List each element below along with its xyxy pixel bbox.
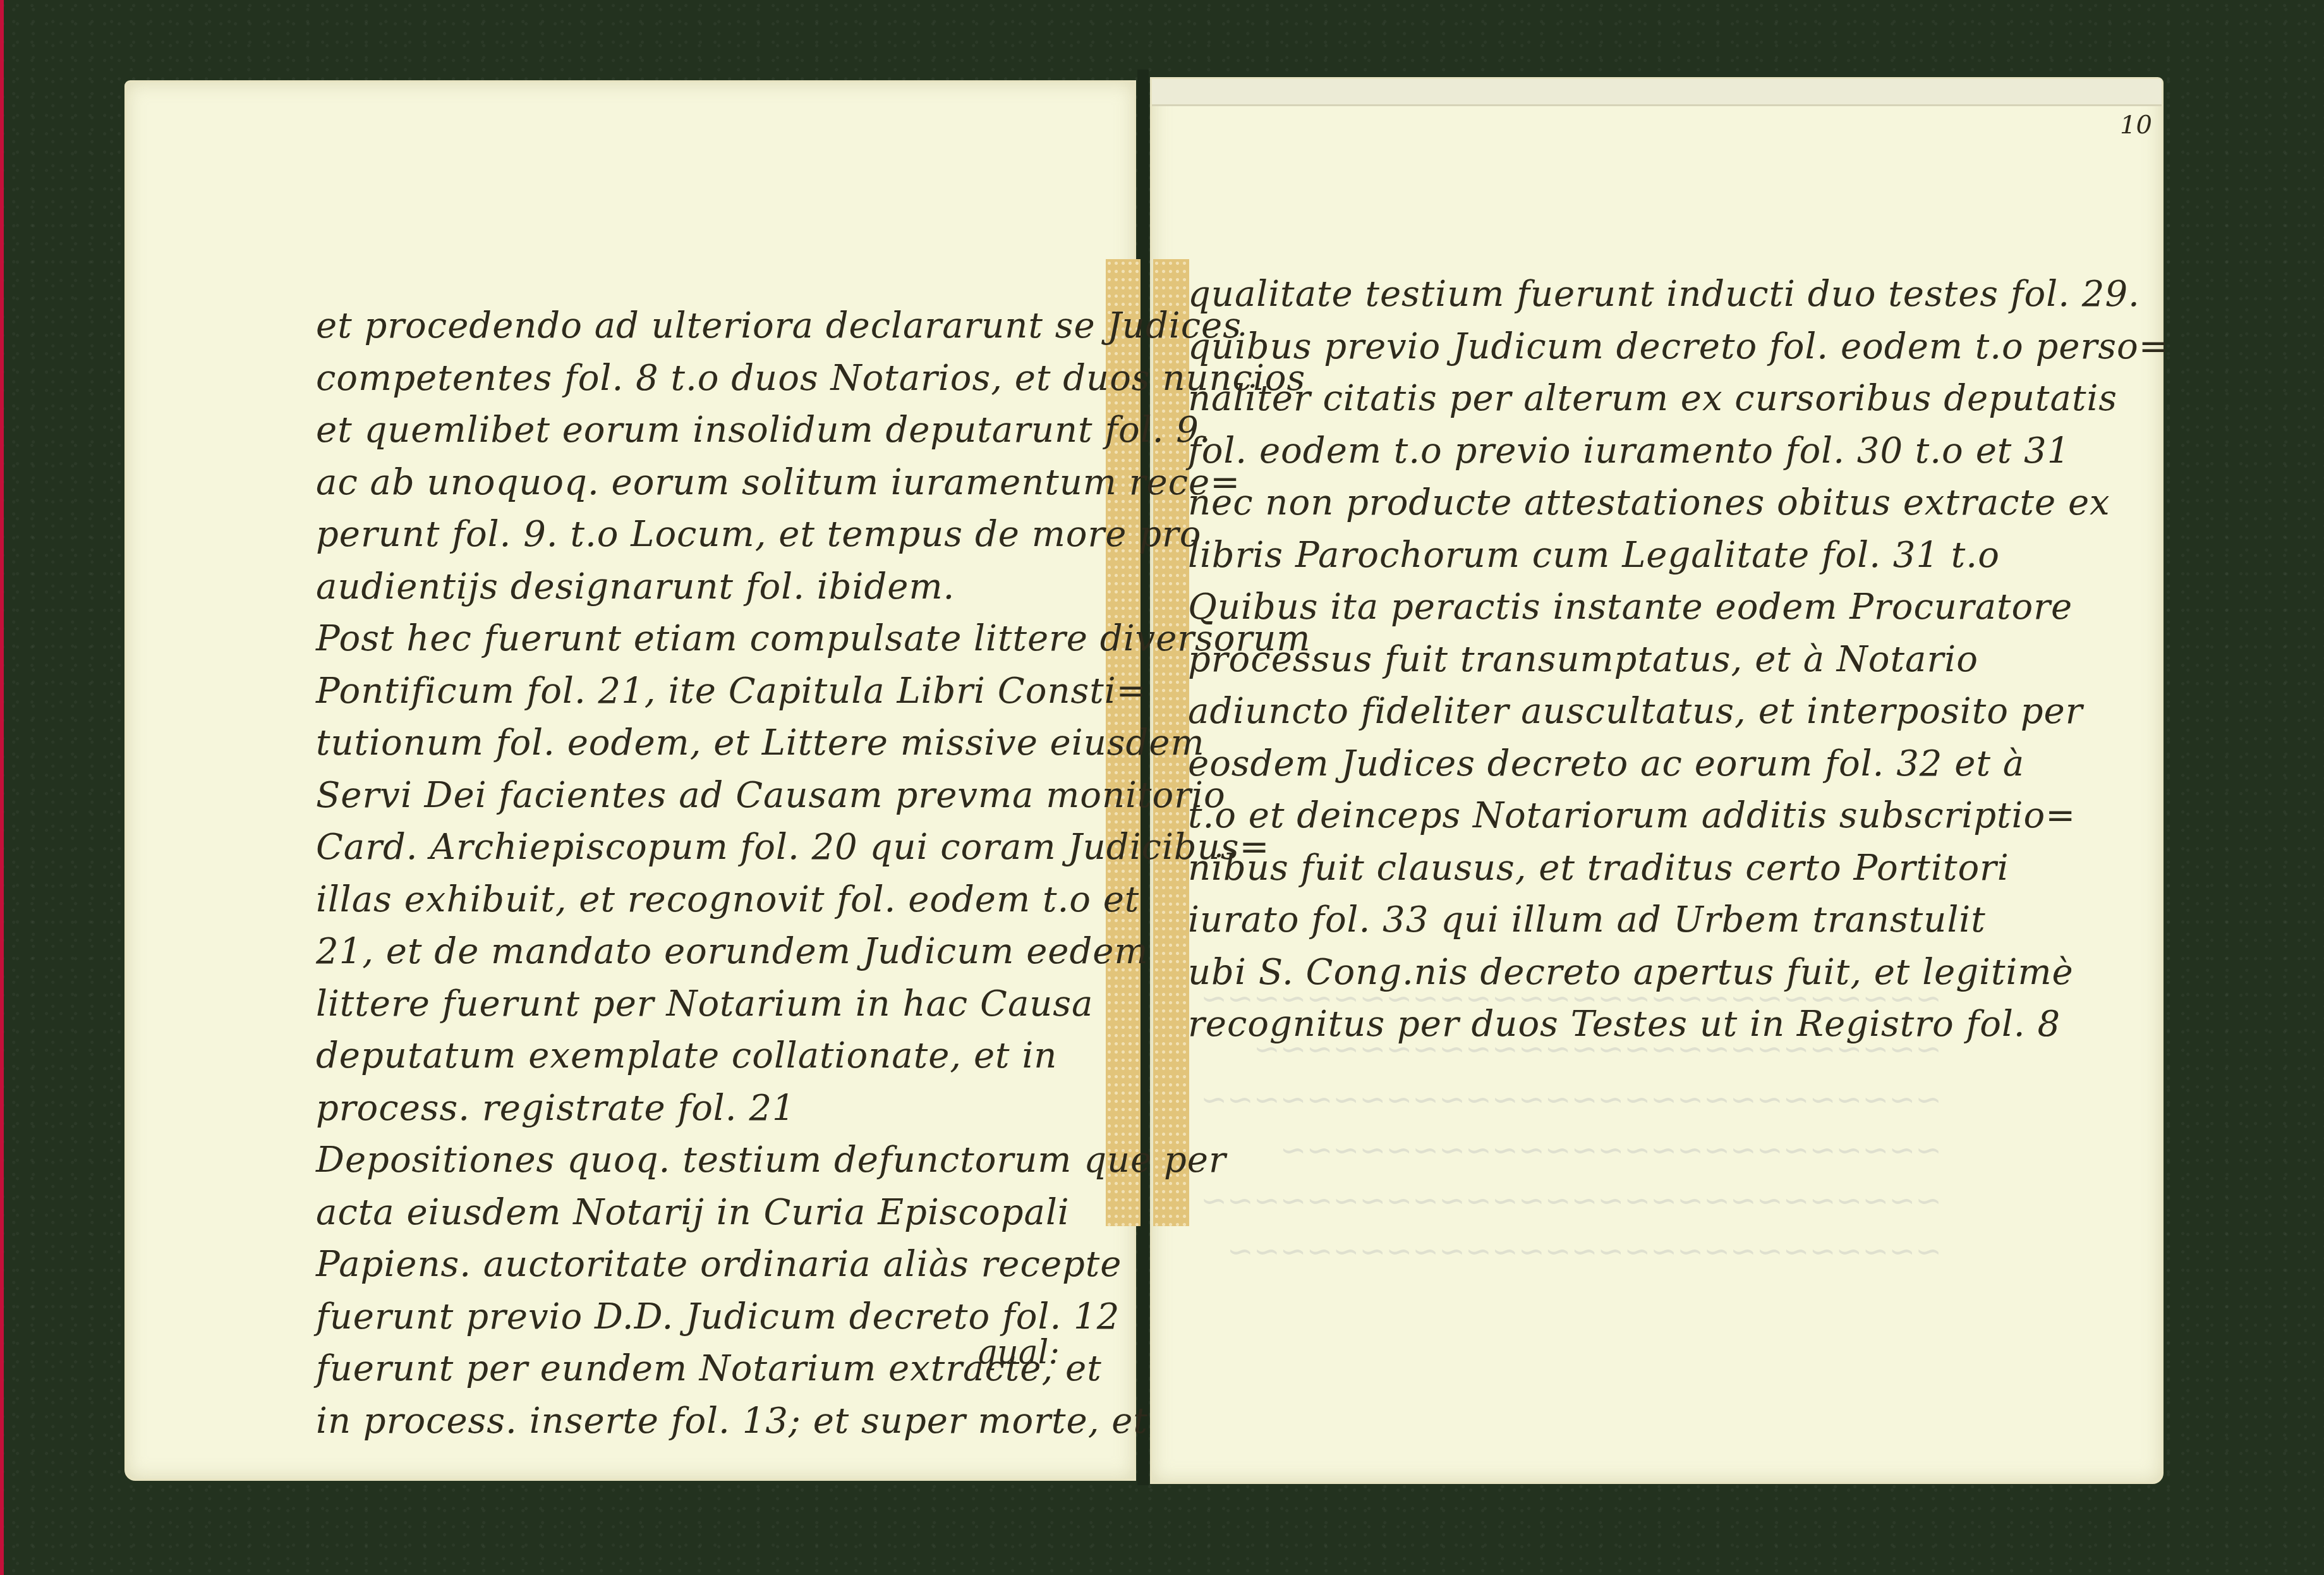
text-line: Post hec fuerunt etiam compulsate litter… [316,613,1310,666]
text-line: Pontificum fol. 21, ite Capitula Libri C… [316,666,1310,718]
text-line: 21, et de mandato eorundem Judicum eedem [316,926,1310,978]
text-line: nibus fuit clausus, et traditus certo Po… [1188,842,2169,895]
text-line: ac ab unoquoq. eorum solitum iuramentum … [316,457,1310,509]
text-line: et procedendo ad ulteriora declararunt s… [316,300,1310,353]
text-line: audientijs designarunt fol. ibidem. [316,561,1310,614]
catchword: qual: [976,1334,1060,1371]
left-page-text: et procedendo ad ulteriora declararunt s… [316,300,1310,1447]
text-line: acta eiusdem Notarij in Curia Episcopali [316,1187,1310,1239]
text-line: iurato fol. 33 qui illum ad Urbem transt… [1188,894,2169,947]
folio-number: 10 [2120,111,2152,140]
text-line: tutionum fol. eodem, et Littere missive … [316,717,1310,770]
right-page-text: qualitate testium fuerunt inducti duo te… [1188,269,2169,1051]
text-line: process. registrate fol. 21 [316,1083,1310,1135]
text-line: t.o et deinceps Notariorum additis subsc… [1188,790,2169,842]
text-line: in process. inserte fol. 13; et super mo… [316,1396,1310,1448]
text-line: Depositiones quoq. testium defunctorum q… [316,1134,1310,1187]
text-line: fol. eodem t.o previo iuramento fol. 30 … [1188,425,2169,478]
scan-edge-strip [0,0,4,1575]
text-line: et quemlibet eorum insolidum deputarunt … [316,404,1310,457]
text-line: fuerunt prevіо D.D. Judicum decreto fol.… [316,1291,1310,1344]
text-line: ubi S. Cong.nis decreto apertus fuit, et… [1188,947,2169,999]
text-line: qualitate testium fuerunt inducti duo te… [1188,269,2169,321]
text-line: Quibus ita peractis instante eodem Procu… [1188,581,2169,634]
text-line: Papiens. auctoritate ordinaria aliàs rec… [316,1239,1310,1291]
text-line: naliter citatis per alterum ex cursoribu… [1188,373,2169,425]
text-line: competentes fol. 8 t.o duos Notarios, et… [316,353,1310,405]
text-line: adiuncto fideliter auscultatus, et inter… [1188,686,2169,738]
text-line: processus fuit transumptatus, et à Notar… [1188,634,2169,686]
text-line: perunt fol. 9. t.o Locum, et tempus de m… [316,509,1310,561]
text-line: littere fuerunt per Notarium in hac Caus… [316,978,1310,1031]
text-line: deputatum exemplate collationate, et in [316,1030,1310,1083]
text-line: eosdem Judices decreto ac eorum fol. 32 … [1188,738,2169,791]
text-line: Card. Archiepiscopum fol. 20 qui coram J… [316,822,1310,874]
text-line: recognitus per duos Testes ut in Registr… [1188,999,2169,1051]
text-line: libris Parochorum cum Legalitate fol. 31… [1188,530,2169,582]
text-line: nec non producte attestationes obitus ex… [1188,477,2169,530]
text-line: illas exhibuit, et recognovit fol. eodem… [316,874,1310,927]
text-line: Servi Dei facientes ad Causam prevта mon… [316,770,1310,822]
text-line: quibus prevіо Judicum decreto fol. eodem… [1188,321,2169,374]
text-line: fuerunt per eundem Notarium extracte, et [316,1343,1310,1396]
